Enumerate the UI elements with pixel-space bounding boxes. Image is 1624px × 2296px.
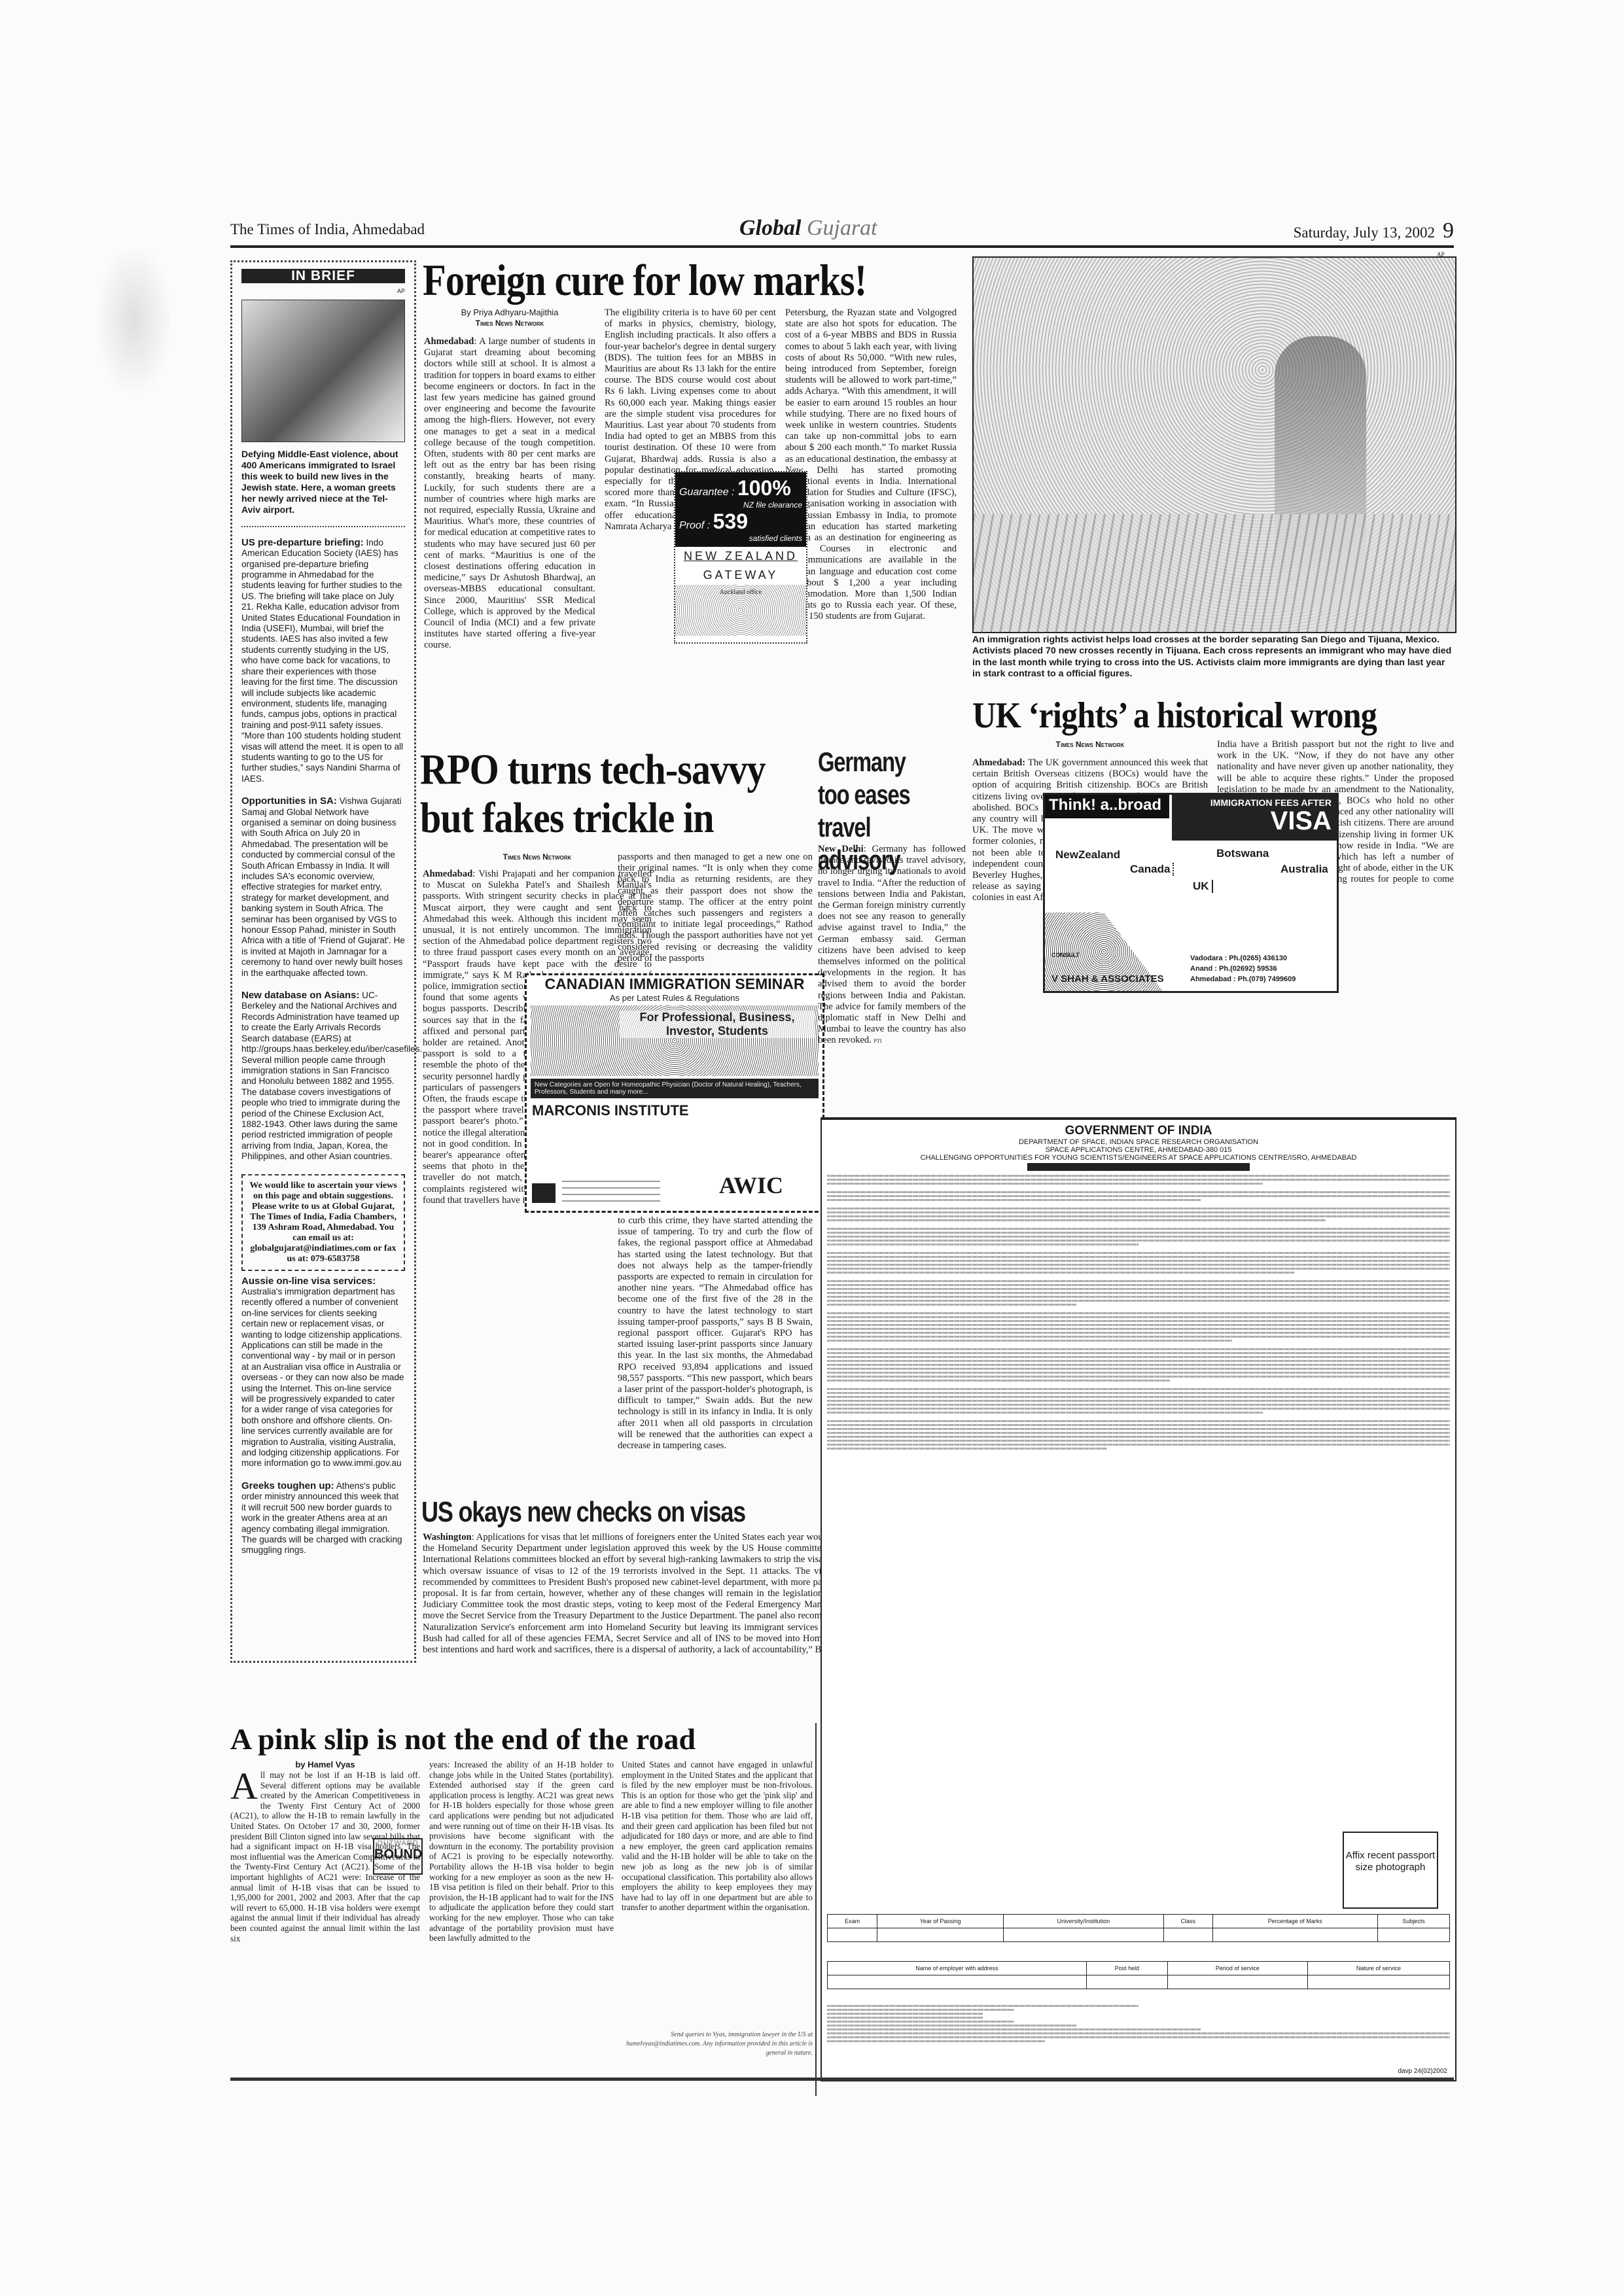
drop-cap: A [230, 1771, 258, 1801]
dateline: Washington [423, 1532, 472, 1542]
govt-body-text [822, 1175, 1455, 1450]
article-text: United States and cannot have engaged in… [622, 1760, 813, 2028]
article-foreign-col3: Petersburg, the Ryazan state and Volgogr… [785, 307, 957, 706]
ad-canadian-immigration-seminar[interactable]: CANADIAN IMMIGRATION SEMINAR As per Late… [525, 973, 824, 1213]
country-label: UK [1193, 880, 1213, 893]
article-text: : A large number of students in Gujarat … [424, 336, 595, 650]
headline-foreign-cure: Foreign cure for low marks! [423, 256, 866, 304]
ad-visa-tagline: Think! a..broad [1045, 795, 1169, 818]
in-brief-label: IN BRIEF [241, 269, 405, 283]
byline: By Priya Adhyaru-Majithia [424, 307, 595, 318]
brief-item-text: Australia's immigration department has r… [241, 1287, 404, 1469]
headline-uk-rights: UK ‘rights’ a historical wrong [972, 696, 1377, 735]
article-body: Ahmedabad: A large number of students in… [424, 336, 595, 652]
employment-table: Name of employer with address Post held … [827, 1961, 1450, 1989]
ad-canadian-band: New Categories are Open for Homeopathic … [531, 1079, 819, 1098]
ad-canadian-title: CANADIAN IMMIGRATION SEMINAR [527, 975, 822, 993]
table-header: Subjects [1377, 1915, 1449, 1928]
brief-item-title: US pre-departure briefing: [241, 537, 364, 548]
ad-canadian-partner-logo: AWIC [719, 1172, 783, 1199]
govt-opportunities: CHALLENGING OPPORTUNITIES FOR YOUNG SCIE… [822, 1154, 1455, 1162]
brief-item-title: Greeks toughen up: [241, 1480, 334, 1491]
brief-photo-caption: Defying Middle-East violence, about 400 … [241, 449, 405, 515]
phone-line: Ahmedabad : Ph.(079) 7499609 [1190, 974, 1296, 984]
ad-nz-proof-sub: satisfied clients [679, 534, 802, 543]
ad-canadian-headline: For Professional, Business, Investor, St… [620, 1011, 815, 1038]
ad-nz-subtitle: GATEWAY [675, 566, 806, 585]
divider [241, 526, 405, 527]
headline-pink-slip: A pink slip is not the end of the road [230, 1723, 696, 1756]
govt-declaration-lines [827, 2003, 1450, 2044]
section-title-light: Gujarat [807, 216, 877, 240]
byline: by Hamel Vyas [230, 1760, 420, 1770]
headline-us-visas: US okays new checks on visas [421, 1495, 745, 1529]
ad-visa-banner-big: VISA [1177, 808, 1332, 834]
ad-new-zealand-gateway[interactable]: Guarantee : 100% NZ file clearance Proof… [674, 471, 807, 644]
brief-item-title: Aussie on-line visa services: [241, 1276, 376, 1287]
phone-line: Anand : Ph.(02692) 59536 [1190, 964, 1296, 974]
institute-logo-icon [532, 1183, 556, 1203]
table-header: Post held [1086, 1962, 1167, 1975]
ad-canadian-institute: MARCONIS INSTITUTE [532, 1102, 817, 1119]
photo-credit-right: AP [1437, 251, 1445, 258]
table-header: Period of service [1167, 1962, 1307, 1975]
brief-item-title: Opportunities in SA: [241, 795, 337, 807]
table-header: Exam [828, 1915, 877, 1928]
ad-nz-proof-label: Proof : [679, 520, 710, 531]
masthead: The Times of India, Ahmedabad Global Guj… [230, 216, 1454, 243]
govt-dept: DEPARTMENT OF SPACE, INDIAN SPACE RESEAR… [822, 1138, 1455, 1146]
headline-line: RPO turns tech-savvy [420, 746, 766, 794]
ad-canadian-subtitle: As per Latest Rules & Regulations [527, 993, 822, 1003]
ad-visa-phones: Vadodara : Ph.(0265) 436130 Anand : Ph.(… [1190, 953, 1296, 984]
table-header: Year of Passing [877, 1915, 1004, 1928]
ad-nz-guarantee-label: Guarantee : [679, 487, 735, 498]
article-germany: New Delhi: Germany has followed France a… [818, 844, 966, 1047]
ad-nz-footer: Auckland office [675, 585, 806, 636]
dateline: New Delhi [818, 844, 864, 854]
education-table: Exam Year of Passing University/Institut… [827, 1914, 1450, 1942]
right-photo-caption: An immigration rights activist helps loa… [972, 635, 1454, 680]
table-header: Class [1163, 1915, 1212, 1928]
scan-shadow [98, 249, 170, 392]
logo-bottom: BOUND [374, 1847, 421, 1862]
outward-bound-logo: OUTWARD BOUND [373, 1838, 423, 1875]
country-label: NewZealand [1055, 848, 1120, 861]
ad-visa-consult: CONSULT [1051, 952, 1080, 958]
govt-title: GOVERNMENT OF INDIA [822, 1124, 1455, 1138]
brief-item: Greeks toughen up: Athens's public order… [241, 1481, 405, 1556]
ad-visa-shah-associates[interactable]: Think! a..broad IMMIGRATION FEES AFTER V… [1043, 793, 1339, 993]
ad-govt-of-india[interactable]: GOVERNMENT OF INDIA DEPARTMENT OF SPACE,… [821, 1117, 1456, 2081]
agency: Times News Network [972, 739, 1208, 750]
table-header: University/Institution [1003, 1915, 1163, 1928]
logo-top: OUTWARD [374, 1839, 421, 1847]
bottom-rule [230, 2078, 1454, 2081]
govt-centre: SPACE APPLICATIONS CENTRE, AHMEDABAD-380… [822, 1146, 1455, 1154]
phone-line: Vadodara : Ph.(0265) 436130 [1190, 953, 1296, 964]
brief-item-text: Indo American Education Society (IAES) h… [241, 538, 403, 784]
ad-visa-company: V SHAH & ASSOCIATES [1051, 973, 1164, 984]
photo-crosses [974, 514, 1455, 632]
source: PTI [874, 1038, 882, 1044]
davp-code: davp 24(02)2002 [1398, 2068, 1447, 2075]
headline-rpo: RPO turns tech-savvy but fakes trickle i… [420, 746, 766, 843]
country-label: Botswana [1216, 847, 1269, 860]
photo-credit: AP [241, 286, 405, 296]
article-body: All may not be lost if an H-1B is laid o… [230, 1770, 420, 2071]
in-brief-column: IN BRIEF AP Defying Middle-East violence… [230, 260, 416, 1663]
brief-item-text: Athens's public order ministry announced… [241, 1481, 402, 1555]
article-pink-col2: years: Increased the ability of an H-1B … [429, 1760, 614, 2074]
article-rpo-col2b: to curb this crime, they have started at… [618, 1215, 813, 1484]
brief-item: US pre-departure briefing: Indo American… [241, 538, 405, 784]
paper-name: The Times of India, Ahmedabad [230, 221, 425, 238]
brief-photo [241, 300, 405, 442]
country-label: Canada [1130, 863, 1174, 876]
article-foreign-col1: By Priya Adhyaru-Majithia Times News Net… [424, 307, 595, 652]
table-header: Percentage of Marks [1212, 1915, 1377, 1928]
ad-nz-proof-value: 539 [713, 510, 748, 533]
page-number: 9 [1443, 218, 1454, 243]
ad-canadian-grid: For Professional, Business, Investor, St… [531, 1005, 819, 1076]
agency: Times News Network [424, 318, 595, 328]
border-crosses-photo [972, 256, 1456, 633]
table-header: Name of employer with address [828, 1962, 1087, 1975]
brief-item: Opportunities in SA: Vishwa Gujarati Sam… [241, 796, 405, 979]
author-note: Send queries to Vyas, immigration lawyer… [622, 2030, 813, 2058]
ad-nz-guarantee-sub: NZ file clearance [679, 500, 802, 510]
brief-item: Aussie on-line visa services: Australia'… [241, 1276, 405, 1469]
ad-nz-banner: Guarantee : 100% NZ file clearance Proof… [675, 472, 806, 547]
section-title: Global Gujarat [739, 216, 877, 241]
masthead-rule [230, 245, 1454, 248]
article-text: : Germany has followed France and revise… [818, 844, 966, 1045]
ad-nz-title: NEW ZEALAND [675, 547, 806, 566]
headline-line: but fakes trickle in [420, 794, 766, 843]
brief-item-text: UC-Berkeley and the National Archives an… [241, 990, 422, 1161]
article-rpo-col2: passports and then managed to get a new … [618, 852, 813, 969]
dateline: Ahmedabad [424, 336, 474, 347]
dateline: Ahmedabad [423, 869, 472, 879]
date: Saturday, July 13, 2002 [1294, 224, 1435, 241]
column-rule [815, 1723, 817, 2096]
table-header: Nature of service [1307, 1962, 1449, 1975]
advertisement-number-bar [1027, 1163, 1250, 1171]
feedback-box: We would like to ascertain your views on… [241, 1174, 405, 1271]
brief-item-text: Vishwa Gujarati Samaj and Global Network… [241, 796, 405, 978]
brief-item-title: New database on Asians: [241, 990, 359, 1001]
brief-item: New database on Asians: UC-Berkeley and … [241, 990, 405, 1162]
affix-photo-box: Affix recent passport size photograph [1343, 1832, 1438, 1909]
country-label: Australia [1280, 863, 1328, 876]
section-title-bold: Global [739, 216, 801, 240]
dateline: Ahmedabad: [972, 757, 1025, 768]
ad-nz-guarantee-value: 100% [737, 476, 791, 500]
article-pink-col3: United States and cannot have engaged in… [622, 1760, 813, 2058]
issue-date: Saturday, July 13, 20029 [1294, 218, 1454, 243]
article-pink-col1: by Hamel Vyas All may not be lost if an … [230, 1760, 420, 2071]
ad-visa-banner: IMMIGRATION FEES AFTER VISA [1172, 795, 1337, 841]
ad-canadian-address [562, 1181, 660, 1204]
